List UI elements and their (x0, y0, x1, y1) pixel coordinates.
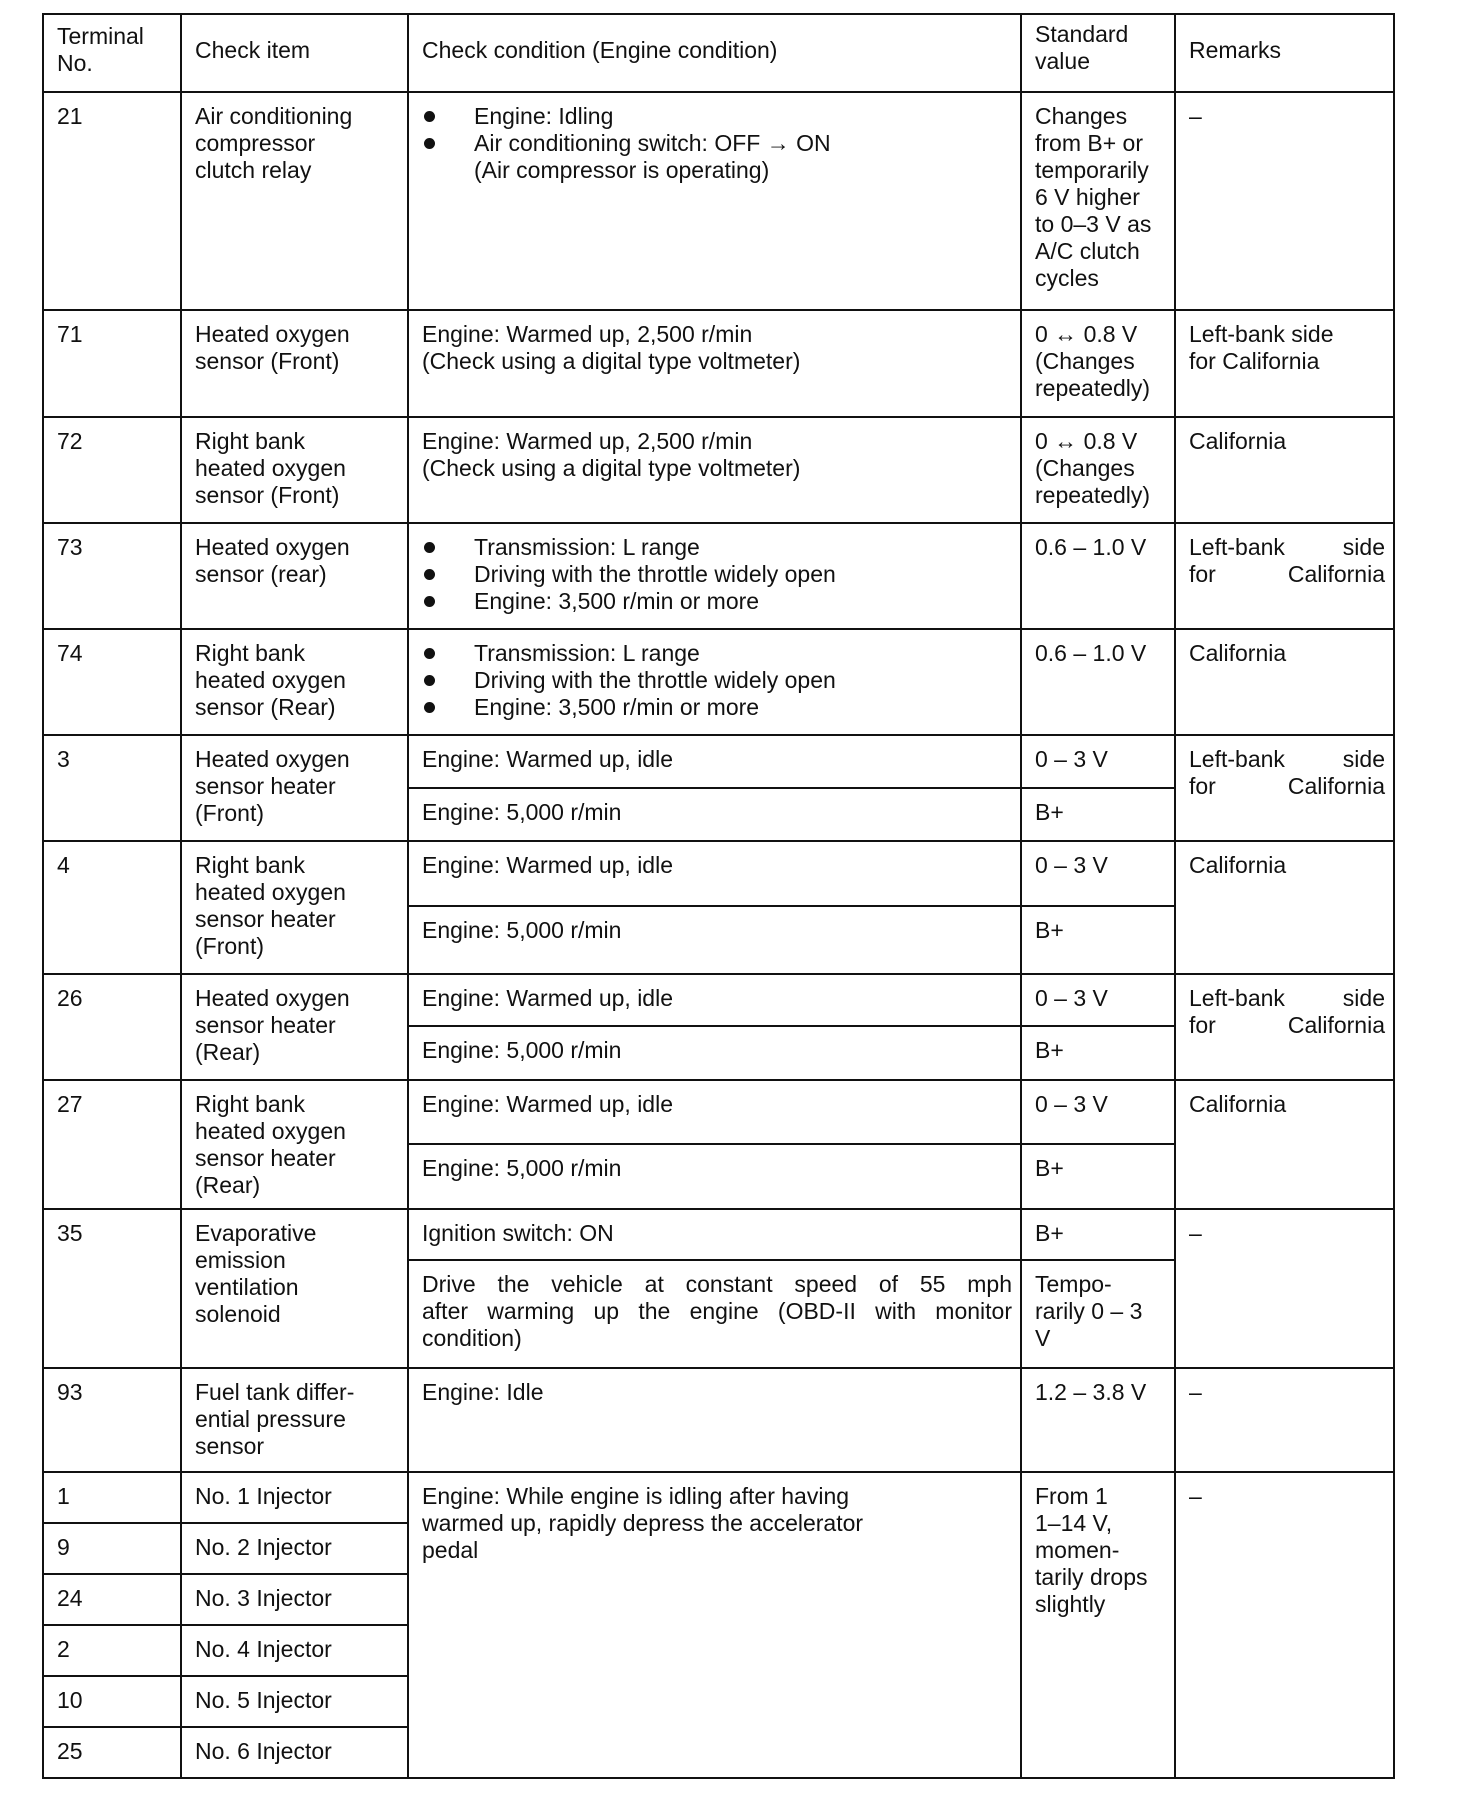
cell-text: Air conditioning (195, 103, 399, 130)
check-condition: Engine: IdlingAir conditioning switch: O… (422, 103, 1012, 184)
terminal-no: 26 (57, 985, 172, 1012)
standard-value: B+ (1035, 1220, 1166, 1247)
cell-text: B+ (1035, 1037, 1166, 1064)
header-terminal-no: TerminalNo. (57, 23, 172, 77)
cell-text: Heated oxygen (195, 746, 399, 773)
injector-row-border (42, 1777, 409, 1779)
bullet-item: Engine: Idling (422, 103, 1012, 130)
remarks: California (1189, 1091, 1385, 1118)
check-item: Right bankheated oxygensensor heater(Rea… (195, 1091, 399, 1199)
column-divider-1 (180, 13, 182, 1779)
cell-text: B+ (1035, 1155, 1166, 1182)
bullet-continuation: (Air compressor is operating) (422, 157, 1012, 184)
condition-split-line (407, 1025, 1176, 1027)
injector-row-border (42, 1624, 409, 1626)
terminal-no: 3 (57, 746, 172, 773)
remarks: Left-bank sidefor California (1189, 746, 1385, 800)
cell-text: No. 2 Injector (195, 1534, 399, 1561)
check-item: Heated oxygensensor heater(Front) (195, 746, 399, 827)
remarks: Left-bank sidefor California (1189, 321, 1385, 375)
cell-text: sensor (195, 1433, 399, 1460)
check-condition: Engine: 5,000 r/min (422, 799, 1012, 826)
standard-value: B+ (1035, 917, 1166, 944)
cell-text: No. 4 Injector (195, 1636, 399, 1663)
terminal-no: 21 (57, 103, 172, 130)
terminal-no: 74 (57, 640, 172, 667)
cell-text: 1.2 – 3.8 V (1035, 1379, 1166, 1406)
cell-text: (Changes (1035, 348, 1166, 375)
column-divider-2 (407, 13, 409, 1779)
check-condition: Ignition switch: ON (422, 1220, 1012, 1247)
cell-text: Heated oxygen (195, 534, 399, 561)
injector-standard-value: From 11–14 V,momen-tarily dropsslightly (1035, 1483, 1166, 1618)
cell-text: (Front) (195, 933, 399, 960)
standard-value: 0 – 3 V (1035, 852, 1166, 879)
standard-value: 1.2 – 3.8 V (1035, 1379, 1166, 1406)
cell-text: clutch relay (195, 157, 399, 184)
cell-text: for California (1189, 1012, 1385, 1039)
remarks: – (1189, 1220, 1385, 1247)
cell-text: for California (1189, 773, 1385, 800)
cell-text: ventilation (195, 1274, 399, 1301)
cell-text: 0 ↔ 0.8 V (1035, 428, 1166, 455)
injector-row-border (42, 1675, 409, 1677)
cell-text: Engine: Idle (422, 1379, 1012, 1406)
terminal-no: 73 (57, 534, 172, 561)
cell-text: From 1 (1035, 1483, 1166, 1510)
cell-text: Engine: Warmed up, idle (422, 985, 1012, 1012)
cell-text: after warming up the engine (OBD-II with… (422, 1298, 1012, 1325)
cell-text: 35 (57, 1220, 172, 1247)
cell-text: sensor (Front) (195, 482, 399, 509)
table-row-terminal-73-bottom-border (42, 628, 1395, 630)
cell-text: temporarily (1035, 157, 1166, 184)
check-condition: Engine: 5,000 r/min (422, 1037, 1012, 1064)
cell-text: Engine: Warmed up, 2,500 r/min (422, 321, 1012, 348)
table-row-terminal-72-bottom-border (42, 522, 1395, 524)
cell-text: pedal (422, 1537, 1012, 1564)
cell-text: 0 – 3 V (1035, 1091, 1166, 1118)
cell-text: 3 (57, 746, 172, 773)
cell-text: (Rear) (195, 1039, 399, 1066)
cell-text: California (1189, 852, 1385, 879)
header-check-condition: Check condition (Engine condition) (422, 37, 1012, 64)
cell-text: 72 (57, 428, 172, 455)
remarks: California (1189, 640, 1385, 667)
check-condition: Engine: Warmed up, 2,500 r/min(Check usi… (422, 428, 1012, 482)
standard-value: B+ (1035, 1037, 1166, 1064)
terminal-no: 71 (57, 321, 172, 348)
injector-row-border (42, 1573, 409, 1575)
cell-text: repeatedly) (1035, 375, 1166, 402)
cell-text: Right bank (195, 1091, 399, 1118)
cell-text: Left-bank side (1189, 321, 1385, 348)
cell-text: (Check using a digital type voltmeter) (422, 455, 1012, 482)
cell-text: 1 (57, 1483, 172, 1510)
header-remarks: Remarks (1189, 37, 1385, 64)
check-condition: Transmission: L rangeDriving with the th… (422, 534, 1012, 615)
cell-text: sensor (rear) (195, 561, 399, 588)
cell-text: 0 – 3 V (1035, 985, 1166, 1012)
terminal-no: 4 (57, 852, 172, 879)
condition-split-line (407, 787, 1176, 789)
terminal-no: 2 (57, 1636, 172, 1663)
standard-value: 0.6 – 1.0 V (1035, 640, 1166, 667)
standard-value: Tempo-rarily 0 – 3V (1035, 1271, 1166, 1352)
cell-text: Right bank (195, 640, 399, 667)
cell-text: cycles (1035, 265, 1166, 292)
table-row-terminal-71-bottom-border (42, 416, 1395, 418)
bullet-item: Driving with the throttle widely open (422, 561, 1012, 588)
cell-text: Left-bank side (1189, 534, 1385, 561)
cell-text: Engine: 5,000 r/min (422, 917, 1012, 944)
cell-text: 0 – 3 V (1035, 746, 1166, 773)
cell-text: Engine: 5,000 r/min (422, 1155, 1012, 1182)
check-condition: Transmission: L rangeDriving with the th… (422, 640, 1012, 721)
injector-row-border (42, 1726, 409, 1728)
cell-text: ential pressure (195, 1406, 399, 1433)
cell-text: – (1189, 1483, 1385, 1510)
terminal-no: 93 (57, 1379, 172, 1406)
cell-text: – (1189, 1220, 1385, 1247)
cell-text: Heated oxygen (195, 321, 399, 348)
standard-value: Changesfrom B+ ortemporarily6 V higherto… (1035, 103, 1166, 292)
condition-split-line (407, 1259, 1176, 1261)
header-standard-value: Standardvalue (1035, 21, 1166, 75)
cell-text: No. (57, 50, 172, 77)
check-condition: Engine: Idle (422, 1379, 1012, 1406)
cell-text: sensor (Rear) (195, 694, 399, 721)
cell-text: Drive the vehicle at constant speed of 5… (422, 1271, 1012, 1298)
table-top-border (42, 13, 1395, 15)
cell-text: Left-bank side (1189, 746, 1385, 773)
cell-text: 0 ↔ 0.8 V (1035, 321, 1166, 348)
check-item: Right bankheated oxygensensor (Rear) (195, 640, 399, 721)
check-condition: Drive the vehicle at constant speed of 5… (422, 1271, 1012, 1352)
check-item: Right bankheated oxygensensor (Front) (195, 428, 399, 509)
check-item: Evaporativeemissionventilationsolenoid (195, 1220, 399, 1328)
cell-text: heated oxygen (195, 667, 399, 694)
column-divider-3 (1020, 13, 1022, 1779)
cell-text: Check condition (Engine condition) (422, 37, 1012, 64)
cell-text: 2 (57, 1636, 172, 1663)
cell-text: Engine: Warmed up, idle (422, 1091, 1012, 1118)
cell-text: California (1189, 428, 1385, 455)
cell-text: Right bank (195, 852, 399, 879)
remarks: Left-bank sidefor California (1189, 534, 1385, 588)
cell-text: Changes (1035, 103, 1166, 130)
check-item: No. 2 Injector (195, 1534, 399, 1561)
condition-split-line (407, 905, 1176, 907)
cell-text: 4 (57, 852, 172, 879)
cell-text: (Changes (1035, 455, 1166, 482)
table-bottom-border (407, 1777, 1395, 1779)
cell-text: 74 (57, 640, 172, 667)
cell-text: slightly (1035, 1591, 1166, 1618)
cell-text: No. 6 Injector (195, 1738, 399, 1765)
check-item: No. 4 Injector (195, 1636, 399, 1663)
cell-text: sensor heater (195, 1145, 399, 1172)
cell-text: California (1189, 1091, 1385, 1118)
cell-text: Terminal (57, 23, 172, 50)
injector-row-border (42, 1522, 409, 1524)
cell-text: – (1189, 103, 1385, 130)
cell-text: Fuel tank differ- (195, 1379, 399, 1406)
header-bottom-border (42, 91, 1395, 93)
cell-text: V (1035, 1325, 1166, 1352)
cell-text: for California (1189, 561, 1385, 588)
cell-text: Engine: 5,000 r/min (422, 1037, 1012, 1064)
check-item: Right bankheated oxygensensor heater(Fro… (195, 852, 399, 960)
terminal-no: 1 (57, 1483, 172, 1510)
bullet-item: Air conditioning switch: OFF → ON (422, 130, 1012, 157)
cell-text: Tempo- (1035, 1271, 1166, 1298)
cell-text: (Rear) (195, 1172, 399, 1199)
cell-text: No. 1 Injector (195, 1483, 399, 1510)
cell-text: for California (1189, 348, 1385, 375)
cell-text: Ignition switch: ON (422, 1220, 1012, 1247)
check-condition: Engine: Warmed up, 2,500 r/min(Check usi… (422, 321, 1012, 375)
terminal-check-table: TerminalNo.Check itemCheck condition (En… (0, 0, 1472, 1806)
cell-text: B+ (1035, 1220, 1166, 1247)
cell-text: repeatedly) (1035, 482, 1166, 509)
terminal-no: 9 (57, 1534, 172, 1561)
cell-text: 24 (57, 1585, 172, 1612)
cell-text: momen- (1035, 1537, 1166, 1564)
check-item: Heated oxygensensor (rear) (195, 534, 399, 588)
bullet-item: Transmission: L range (422, 640, 1012, 667)
check-item: Fuel tank differ-ential pressuresensor (195, 1379, 399, 1460)
check-item: Heated oxygensensor (Front) (195, 321, 399, 375)
standard-value: 0.6 – 1.0 V (1035, 534, 1166, 561)
remarks: – (1189, 1379, 1385, 1406)
cell-text: Heated oxygen (195, 985, 399, 1012)
cell-text: condition) (422, 1325, 1012, 1352)
terminal-no: 24 (57, 1585, 172, 1612)
cell-text: 9 (57, 1534, 172, 1561)
cell-text: sensor heater (195, 1012, 399, 1039)
cell-text: solenoid (195, 1301, 399, 1328)
table-row-terminal-4-bottom-border (42, 973, 1395, 975)
standard-value: 0 – 3 V (1035, 1091, 1166, 1118)
cell-text: tarily drops (1035, 1564, 1166, 1591)
cell-text: Check item (195, 37, 399, 64)
header-check-item: Check item (195, 37, 399, 64)
cell-text: A/C clutch (1035, 238, 1166, 265)
remarks: California (1189, 428, 1385, 455)
check-condition: Engine: Warmed up, idle (422, 746, 1012, 773)
remarks: Left-bank sidefor California (1189, 985, 1385, 1039)
table-row-terminal-93-bottom-border (42, 1471, 1395, 1473)
condition-split-line (407, 1143, 1176, 1145)
cell-text: Right bank (195, 428, 399, 455)
cell-text: Evaporative (195, 1220, 399, 1247)
check-item: No. 1 Injector (195, 1483, 399, 1510)
standard-value: B+ (1035, 1155, 1166, 1182)
cell-text: 93 (57, 1379, 172, 1406)
bullet-item: Transmission: L range (422, 534, 1012, 561)
cell-text: sensor heater (195, 773, 399, 800)
terminal-no: 72 (57, 428, 172, 455)
cell-text: 73 (57, 534, 172, 561)
check-item: Heated oxygensensor heater(Rear) (195, 985, 399, 1066)
standard-value: 0 ↔ 0.8 V(Changesrepeatedly) (1035, 428, 1166, 509)
cell-text: Engine: 5,000 r/min (422, 799, 1012, 826)
standard-value: 0 ↔ 0.8 V(Changesrepeatedly) (1035, 321, 1166, 402)
cell-text: Engine: Warmed up, idle (422, 852, 1012, 879)
cell-text: 71 (57, 321, 172, 348)
cell-text: emission (195, 1247, 399, 1274)
terminal-no: 10 (57, 1687, 172, 1714)
table-row-terminal-74-bottom-border (42, 734, 1395, 736)
terminal-no: 27 (57, 1091, 172, 1118)
cell-text: from B+ or (1035, 130, 1166, 157)
check-item: No. 5 Injector (195, 1687, 399, 1714)
check-item: No. 3 Injector (195, 1585, 399, 1612)
cell-text: 26 (57, 985, 172, 1012)
cell-text: 21 (57, 103, 172, 130)
cell-text: Remarks (1189, 37, 1385, 64)
cell-text: 0 – 3 V (1035, 852, 1166, 879)
cell-text: No. 5 Injector (195, 1687, 399, 1714)
cell-text: Standard (1035, 21, 1166, 48)
check-condition: Engine: Warmed up, idle (422, 1091, 1012, 1118)
table-row-terminal-3-bottom-border (42, 840, 1395, 842)
table-row-terminal-26-bottom-border (42, 1079, 1395, 1081)
table-row-terminal-35-bottom-border (42, 1367, 1395, 1369)
standard-value: 0 – 3 V (1035, 985, 1166, 1012)
cell-text: compressor (195, 130, 399, 157)
column-divider-4 (1174, 13, 1176, 1779)
cell-text: Engine: Warmed up, idle (422, 746, 1012, 773)
cell-text: No. 3 Injector (195, 1585, 399, 1612)
injector-check-condition: Engine: While engine is idling after hav… (422, 1483, 1012, 1564)
cell-text: Engine: Warmed up, 2,500 r/min (422, 428, 1012, 455)
cell-text: value (1035, 48, 1166, 75)
cell-text: heated oxygen (195, 1118, 399, 1145)
check-condition: Engine: 5,000 r/min (422, 917, 1012, 944)
cell-text: sensor (Front) (195, 348, 399, 375)
injector-remarks: – (1189, 1483, 1385, 1510)
cell-text: warmed up, rapidly depress the accelerat… (422, 1510, 1012, 1537)
cell-text: (Check using a digital type voltmeter) (422, 348, 1012, 375)
cell-text: 0.6 – 1.0 V (1035, 640, 1166, 667)
cell-text: 6 V higher (1035, 184, 1166, 211)
terminal-no: 35 (57, 1220, 172, 1247)
cell-text: 1–14 V, (1035, 1510, 1166, 1537)
remarks: California (1189, 852, 1385, 879)
column-divider-0 (42, 13, 44, 1779)
bullet-item: Engine: 3,500 r/min or more (422, 588, 1012, 615)
table-row-terminal-21-bottom-border (42, 309, 1395, 311)
bullet-item: Engine: 3,500 r/min or more (422, 694, 1012, 721)
check-condition: Engine: 5,000 r/min (422, 1155, 1012, 1182)
column-divider-5 (1393, 13, 1395, 1779)
cell-text: B+ (1035, 917, 1166, 944)
cell-text: heated oxygen (195, 455, 399, 482)
standard-value: 0 – 3 V (1035, 746, 1166, 773)
cell-text: 27 (57, 1091, 172, 1118)
cell-text: Engine: While engine is idling after hav… (422, 1483, 1012, 1510)
terminal-no: 25 (57, 1738, 172, 1765)
cell-text: Left-bank side (1189, 985, 1385, 1012)
check-item: No. 6 Injector (195, 1738, 399, 1765)
cell-text: rarily 0 – 3 (1035, 1298, 1166, 1325)
remarks: – (1189, 103, 1385, 130)
check-condition: Engine: Warmed up, idle (422, 985, 1012, 1012)
cell-text: heated oxygen (195, 879, 399, 906)
cell-text: to 0–3 V as (1035, 211, 1166, 238)
cell-text: – (1189, 1379, 1385, 1406)
standard-value: B+ (1035, 799, 1166, 826)
check-condition: Engine: Warmed up, idle (422, 852, 1012, 879)
bullet-item: Driving with the throttle widely open (422, 667, 1012, 694)
cell-text: sensor heater (195, 906, 399, 933)
table-row-terminal-27-bottom-border (42, 1208, 1395, 1210)
cell-text: B+ (1035, 799, 1166, 826)
check-item: Air conditioningcompressorclutch relay (195, 103, 399, 184)
cell-text: (Front) (195, 800, 399, 827)
cell-text: 0.6 – 1.0 V (1035, 534, 1166, 561)
cell-text: 10 (57, 1687, 172, 1714)
cell-text: California (1189, 640, 1385, 667)
cell-text: 25 (57, 1738, 172, 1765)
